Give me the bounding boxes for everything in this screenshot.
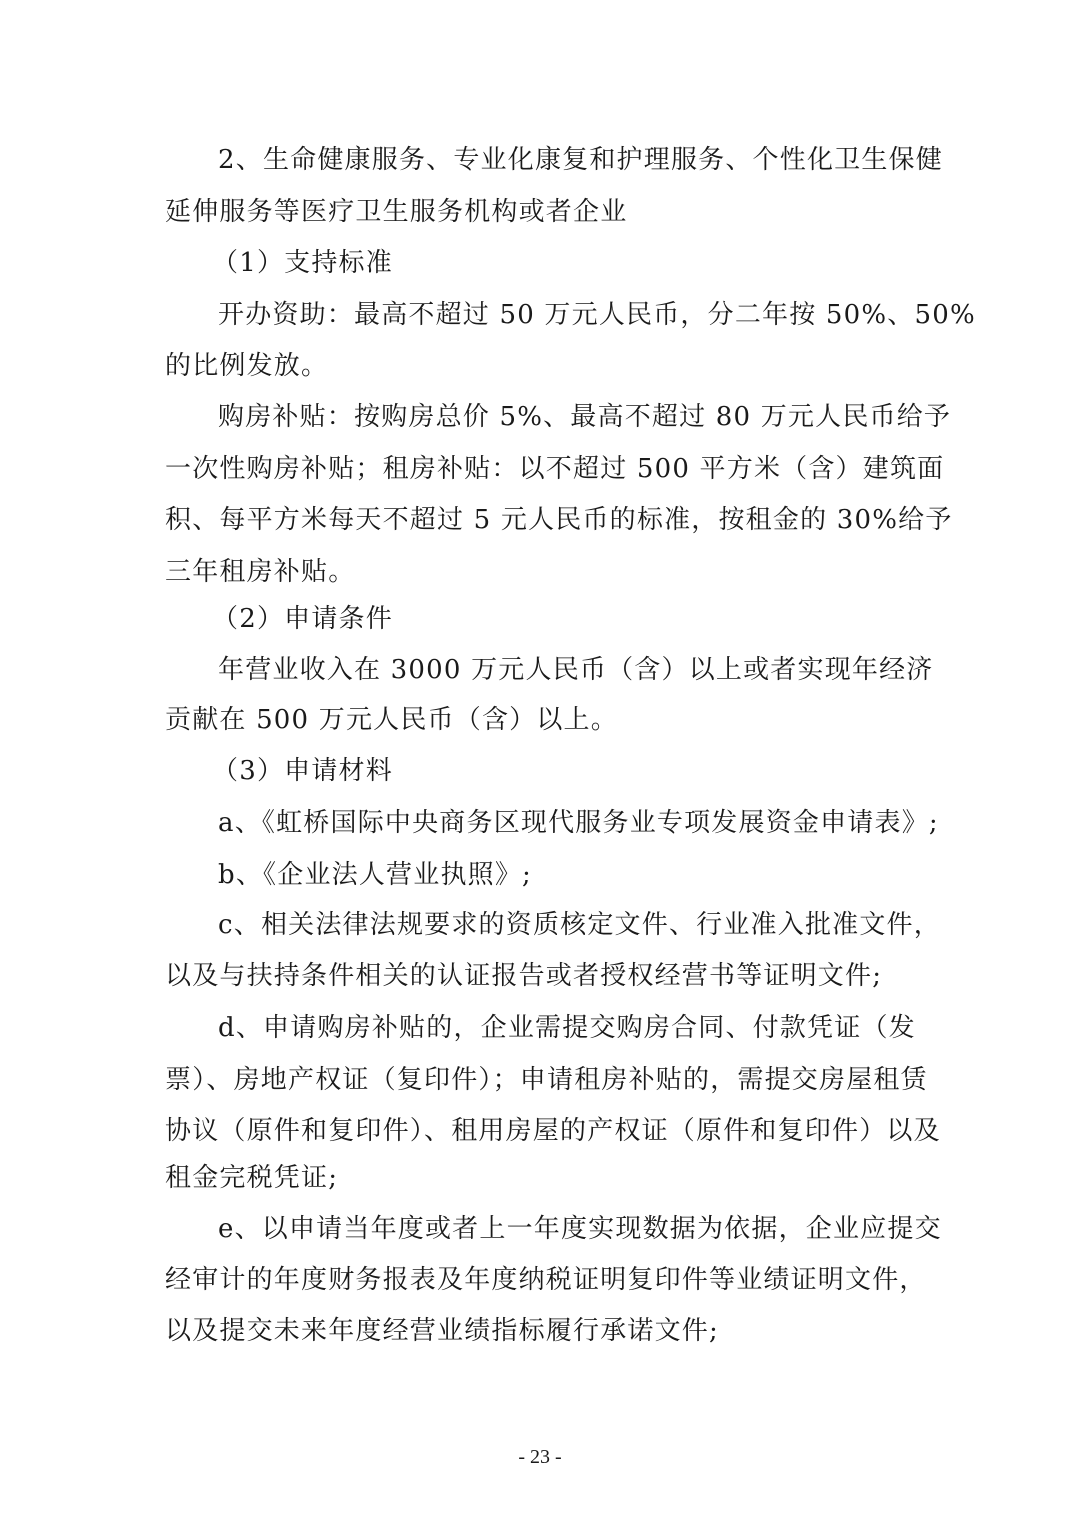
conditions-line-2: 贡献在 500 万元人民币（含）以上。 [165,705,935,735]
item-c-line-2: 以及与扶持条件相关的认证报告或者授权经营书等证明文件; [165,961,935,991]
item-d-line-2: 票）、房地产权证（复印件）；申请租房补贴的，需提交房屋租赁 [165,1065,935,1095]
startup-funding-line-2: 的比例发放。 [165,351,935,381]
page-number: - 23 - [0,1446,1080,1469]
housing-subsidy-line-1: 购房补贴：按购房总价 5%、最高不超过 80 万元人民币给予 [218,402,938,432]
item-d-line-1: d、申请购房补贴的，企业需提交购房合同、付款凭证（发 [218,1013,938,1043]
subheading-application-conditions: （2）申请条件 [212,604,982,634]
housing-subsidy-line-3: 积、每平方米每天不超过 5 元人民币的标准，按租金的 30%给予 [165,505,935,535]
housing-subsidy-line-4: 三年租房补贴。 [165,557,935,587]
item-b-line-1: b、《企业法人营业执照》; [218,860,938,890]
housing-subsidy-line-2: 一次性购房补贴；租房补贴：以不超过 500 平方米（含）建筑面 [165,454,935,484]
conditions-line-1: 年营业收入在 3000 万元人民币（含）以上或者实现年经济 [218,655,938,685]
item-e-line-3: 以及提交未来年度经营业绩指标履行承诺文件; [165,1316,935,1346]
item-a-line-1: a、《虹桥国际中央商务区现代服务业专项发展资金申请表》; [218,808,938,838]
section-heading-line-2: 延伸服务等医疗卫生服务机构或者企业 [165,197,935,227]
item-c-line-1: c、相关法律法规要求的资质核定文件、行业准入批准文件， [218,910,938,940]
subheading-application-materials: （3）申请材料 [212,756,982,786]
item-e-line-1: e、以申请当年度或者上一年度实现数据为依据，企业应提交 [218,1214,938,1244]
subheading-support-standard: （1）支持标准 [212,248,982,278]
document-page: 2、生命健康服务、专业化康复和护理服务、个性化卫生保健 延伸服务等医疗卫生服务机… [0,0,1080,1527]
item-d-line-4: 租金完税凭证; [165,1163,935,1193]
section-heading-line-1: 2、生命健康服务、专业化康复和护理服务、个性化卫生保健 [218,145,938,175]
startup-funding-line-1: 开办资助：最高不超过 50 万元人民币，分二年按 50%、50% [218,300,938,330]
item-e-line-2: 经审计的年度财务报表及年度纳税证明复印件等业绩证明文件， [165,1265,935,1295]
item-d-line-3: 协议（原件和复印件）、租用房屋的产权证（原件和复印件）以及 [165,1116,935,1146]
